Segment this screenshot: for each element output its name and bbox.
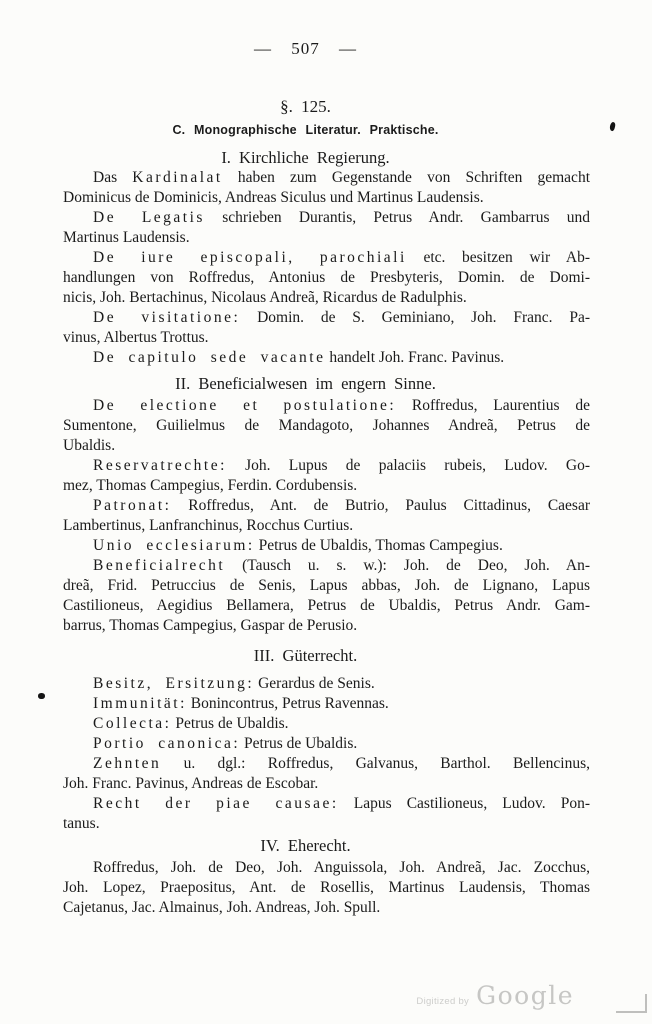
text-run: Roffredus, Laurentius de bbox=[396, 397, 590, 414]
paragraph: Immunität: Bonincontrus, Petrus Ravennas… bbox=[63, 694, 590, 714]
letterspaced-term: Reservatrechte: bbox=[93, 457, 227, 474]
text-line: Unio ecclesiarum: Petrus de Ubaldis, Tho… bbox=[63, 536, 590, 556]
text-line: vinus, Albertus Trottus. bbox=[63, 328, 590, 348]
paragraph: De iure episcopali, parochiali etc. besi… bbox=[63, 248, 590, 308]
text-line: Besitz, Ersitzung: Gerardus de Senis. bbox=[63, 674, 590, 694]
letterspaced-term: De electione et postulatione: bbox=[93, 397, 396, 414]
paragraph: Reservatrechte: Joh. Lupus de palaciis r… bbox=[63, 456, 590, 496]
letterspaced-term: Kardinalat bbox=[132, 169, 222, 186]
text-run: etc. besitzen wir Ab- bbox=[407, 249, 590, 266]
text-run: Domin. de S. Geminiano, Joh. Franc. Pa- bbox=[240, 309, 590, 326]
scanned-book-page: — 507 —§. 125.C. Monographische Literatu… bbox=[0, 0, 652, 1024]
text-run: haben zum Gegenstande von Schriften gema… bbox=[223, 169, 590, 186]
text-run: schrieben Durantis, Petrus Andr. Gambarr… bbox=[205, 209, 590, 226]
text-line: barrus, Thomas Campegius, Gaspar de Peru… bbox=[63, 616, 590, 636]
text-run: Lambertinus, Lanfranchinus, Rocchus Curt… bbox=[63, 517, 353, 534]
text-run: Bonincontrus, Petrus Ravennas. bbox=[187, 695, 389, 712]
letterspaced-term: Besitz, Ersitzung: bbox=[93, 675, 254, 692]
text-run: Lapus Castilioneus, Ludov. Pon- bbox=[339, 795, 590, 812]
text-line: Das Kardinalat haben zum Gegenstande von… bbox=[63, 168, 590, 188]
text-line: Sumentone, Guilielmus de Mandagoto, Joha… bbox=[63, 416, 590, 436]
text-run: dreã, Frid. Petruccius de Senis, Lapus a… bbox=[63, 577, 590, 594]
text-run: Cajetanus, Jac. Almainus, Joh. Andreas, … bbox=[63, 899, 380, 916]
text-run: barrus, Thomas Campegius, Gaspar de Peru… bbox=[63, 617, 357, 634]
text-line: nicis, Joh. Bertachinus, Nicolaus Andreã… bbox=[63, 288, 590, 308]
letterspaced-term: Collecta: bbox=[93, 715, 171, 732]
text-line: De visitatione: Domin. de S. Geminiano, … bbox=[63, 308, 590, 328]
letterspaced-term: Beneficialrecht bbox=[93, 557, 225, 574]
paragraph: Beneficialrecht (Tausch u. s. w.): Joh. … bbox=[63, 556, 590, 636]
paragraph: Zehnten u. dgl.: Roffredus, Galvanus, Ba… bbox=[63, 754, 590, 794]
text-line: dreã, Frid. Petruccius de Senis, Lapus a… bbox=[63, 576, 590, 596]
text-line: Recht der piae causae: Lapus Castilioneu… bbox=[63, 794, 590, 814]
text-line: Roffredus, Joh. de Deo, Joh. Anguissola,… bbox=[63, 858, 590, 878]
text-run: Gerardus de Senis. bbox=[254, 675, 375, 692]
text-column: — 507 —§. 125.C. Monographische Literatu… bbox=[63, 40, 590, 918]
text-line: mez, Thomas Campegius, Ferdin. Cordubens… bbox=[63, 476, 590, 496]
text-line: De electione et postulatione: Roffredus,… bbox=[63, 396, 590, 416]
paragraph: Besitz, Ersitzung: Gerardus de Senis. bbox=[63, 674, 590, 694]
text-run: Petrus de Ubaldis. bbox=[171, 715, 288, 732]
paragraph: Collecta: Petrus de Ubaldis. bbox=[63, 714, 590, 734]
text-run: Ubaldis. bbox=[63, 437, 115, 454]
letterspaced-term: De capitulo sede vacante bbox=[93, 349, 326, 366]
text-run: Martinus Laudensis. bbox=[63, 229, 190, 246]
text-line: tanus. bbox=[63, 814, 590, 834]
text-run: handelt Joh. Franc. Pavinus. bbox=[326, 349, 505, 366]
text-run: Castilioneus, Aegidius Bellamera, Petrus… bbox=[63, 597, 590, 614]
letterspaced-term: Immunität: bbox=[93, 695, 187, 712]
paragraph: De electione et postulatione: Roffredus,… bbox=[63, 396, 590, 456]
text-run: Das bbox=[93, 169, 132, 186]
page-number: — 507 — bbox=[63, 40, 590, 58]
ink-speck-right-margin bbox=[609, 122, 616, 132]
text-run: mez, Thomas Campegius, Ferdin. Cordubens… bbox=[63, 477, 357, 494]
text-run: Joh. Lupus de palaciis rubeis, Ludov. Go… bbox=[227, 457, 590, 474]
letterspaced-term: Unio ecclesiarum: bbox=[93, 537, 255, 554]
text-run: Dominicus de Dominicis, Andreas Siculus … bbox=[63, 189, 484, 206]
text-line: De iure episcopali, parochiali etc. besi… bbox=[63, 248, 590, 268]
page-corner-scan-mark bbox=[616, 994, 647, 1013]
section-heading-1: I. Kirchliche Regierung. bbox=[63, 148, 590, 168]
text-line: Reservatrechte: Joh. Lupus de palaciis r… bbox=[63, 456, 590, 476]
watermark-prefix-label: Digitized by bbox=[416, 996, 469, 1007]
text-line: Castilioneus, Aegidius Bellamera, Petrus… bbox=[63, 596, 590, 616]
text-run: Joh. Lopez, Praepositus, Ant. de Roselli… bbox=[63, 879, 590, 896]
text-run: (Tausch u. s. w.): Joh. de Deo, Joh. An- bbox=[225, 557, 590, 574]
paragraph: Unio ecclesiarum: Petrus de Ubaldis, Tho… bbox=[63, 536, 590, 556]
text-run: vinus, Albertus Trottus. bbox=[63, 329, 209, 346]
text-line: Zehnten u. dgl.: Roffredus, Galvanus, Ba… bbox=[63, 754, 590, 774]
text-line: Joh. Franc. Pavinus, Andreas de Escobar. bbox=[63, 774, 590, 794]
text-run: Sumentone, Guilielmus de Mandagoto, Joha… bbox=[63, 417, 590, 434]
letterspaced-term: Patronat: bbox=[93, 497, 171, 514]
digitized-by-watermark: Digitized by Google bbox=[416, 981, 574, 1010]
paragraph-mark: §. 125. bbox=[63, 98, 590, 116]
text-run: Roffredus, Ant. de Butrio, Paulus Cittad… bbox=[171, 497, 590, 514]
section-heading-4: IV. Eherecht. bbox=[63, 836, 590, 856]
text-line: Cajetanus, Jac. Almainus, Joh. Andreas, … bbox=[63, 898, 590, 918]
letterspaced-term: De Legatis bbox=[93, 209, 205, 226]
section-heading-2: II. Beneficialwesen im engern Sinne. bbox=[63, 374, 590, 394]
text-run: Petrus de Ubaldis. bbox=[240, 735, 357, 752]
ink-speck-left-margin bbox=[38, 693, 45, 699]
google-logo: Google bbox=[476, 981, 574, 1010]
text-run: handlungen von Roffredus, Antonius de Pr… bbox=[63, 269, 590, 286]
section-heading-3: III. Güterrecht. bbox=[63, 646, 590, 666]
chapter-heading: C. Monographische Literatur. Praktische. bbox=[63, 122, 590, 138]
text-run: nicis, Joh. Bertachinus, Nicolaus Andreã… bbox=[63, 289, 467, 306]
text-line: Joh. Lopez, Praepositus, Ant. de Roselli… bbox=[63, 878, 590, 898]
paragraph: De capitulo sede vacante handelt Joh. Fr… bbox=[63, 348, 590, 368]
paragraph: Recht der piae causae: Lapus Castilioneu… bbox=[63, 794, 590, 834]
text-run: Joh. Franc. Pavinus, Andreas de Escobar. bbox=[63, 775, 318, 792]
text-line: Portio canonica: Petrus de Ubaldis. bbox=[63, 734, 590, 754]
text-run: u. dgl.: Roffredus, Galvanus, Barthol. B… bbox=[161, 755, 590, 772]
letterspaced-term: Zehnten bbox=[93, 755, 161, 772]
text-line: De capitulo sede vacante handelt Joh. Fr… bbox=[63, 348, 590, 368]
text-run: Petrus de Ubaldis, Thomas Campegius. bbox=[255, 537, 503, 554]
text-line: De Legatis schrieben Durantis, Petrus An… bbox=[63, 208, 590, 228]
text-line: Beneficialrecht (Tausch u. s. w.): Joh. … bbox=[63, 556, 590, 576]
text-run: Roffredus, Joh. de Deo, Joh. Anguissola,… bbox=[93, 859, 590, 876]
text-line: Immunität: Bonincontrus, Petrus Ravennas… bbox=[63, 694, 590, 714]
paragraph: De visitatione: Domin. de S. Geminiano, … bbox=[63, 308, 590, 348]
text-line: Ubaldis. bbox=[63, 436, 590, 456]
text-line: Martinus Laudensis. bbox=[63, 228, 590, 248]
paragraph: Patronat: Roffredus, Ant. de Butrio, Pau… bbox=[63, 496, 590, 536]
text-line: Collecta: Petrus de Ubaldis. bbox=[63, 714, 590, 734]
paragraph: Das Kardinalat haben zum Gegenstande von… bbox=[63, 168, 590, 208]
text-line: Dominicus de Dominicis, Andreas Siculus … bbox=[63, 188, 590, 208]
letterspaced-term: De iure episcopali, parochiali bbox=[93, 249, 407, 266]
paragraph: Roffredus, Joh. de Deo, Joh. Anguissola,… bbox=[63, 858, 590, 918]
letterspaced-term: De visitatione: bbox=[93, 309, 240, 326]
paragraph: Portio canonica: Petrus de Ubaldis. bbox=[63, 734, 590, 754]
letterspaced-term: Portio canonica: bbox=[93, 735, 240, 752]
text-line: handlungen von Roffredus, Antonius de Pr… bbox=[63, 268, 590, 288]
paragraph: De Legatis schrieben Durantis, Petrus An… bbox=[63, 208, 590, 248]
text-run: tanus. bbox=[63, 815, 100, 832]
text-line: Patronat: Roffredus, Ant. de Butrio, Pau… bbox=[63, 496, 590, 516]
letterspaced-term: Recht der piae causae: bbox=[93, 795, 339, 812]
text-line: Lambertinus, Lanfranchinus, Rocchus Curt… bbox=[63, 516, 590, 536]
